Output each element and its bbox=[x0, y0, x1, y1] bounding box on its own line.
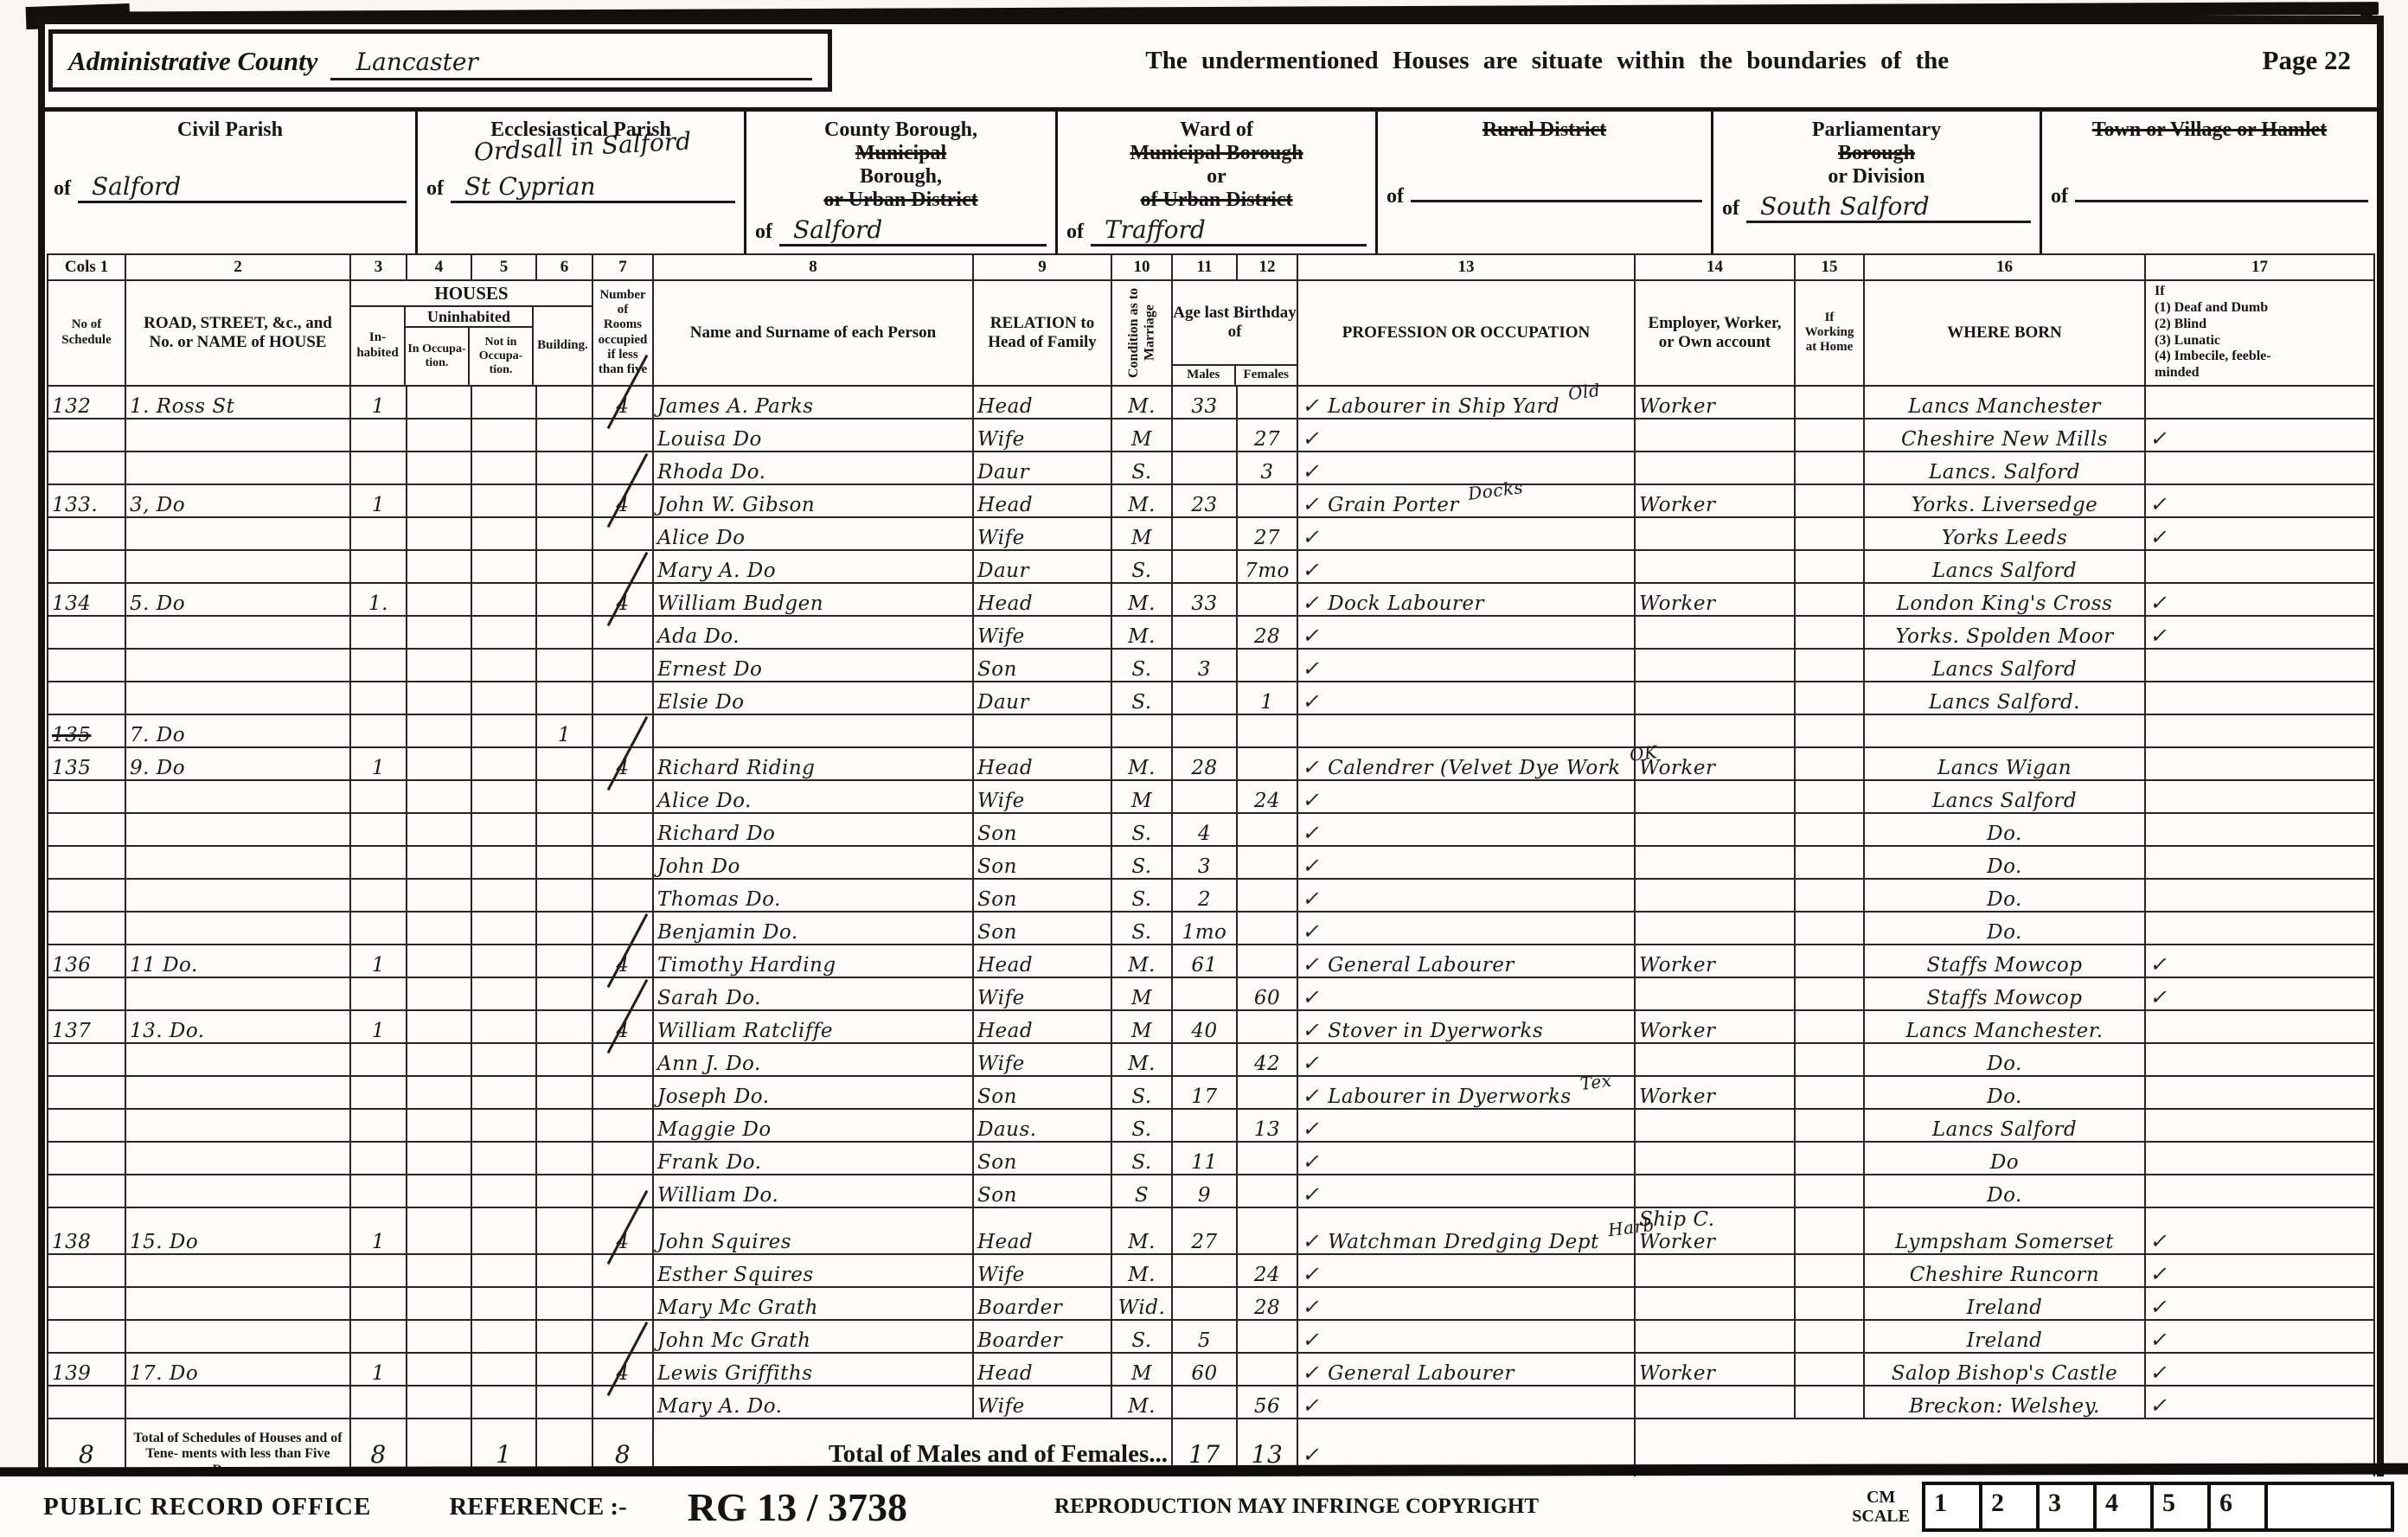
age-female-cell bbox=[1237, 1076, 1297, 1109]
building-cell bbox=[536, 747, 592, 780]
civil-parish-box: Civil ParishofSalford bbox=[45, 112, 415, 253]
in-occupation-cell bbox=[407, 550, 471, 583]
occupation-cell: ✓ bbox=[1297, 1320, 1635, 1353]
address-cell bbox=[125, 1076, 350, 1109]
relation-cell: Wife bbox=[973, 517, 1111, 550]
relation-cell: Head bbox=[973, 386, 1111, 419]
in-occupation-cell bbox=[407, 1386, 471, 1419]
occupation-cell: ✓ bbox=[1297, 780, 1635, 813]
where-born-cell: Yorks Leeds bbox=[1864, 517, 2145, 550]
infirmity-line: (1) Deaf and Dumb bbox=[2155, 300, 2370, 317]
label-segment: Rural District bbox=[1387, 118, 1702, 142]
employer-cell: Ship C. Worker bbox=[1635, 1207, 1795, 1254]
employer-cell bbox=[1635, 517, 1795, 550]
name-cell bbox=[653, 714, 973, 747]
label-segment: Civil Parish bbox=[54, 118, 407, 142]
working-at-home-cell bbox=[1795, 386, 1864, 419]
building-cell bbox=[536, 1142, 592, 1175]
inhabited-cell bbox=[350, 682, 407, 714]
town-box: Town or Village or Hamletof bbox=[2040, 112, 2377, 253]
rooms-cell bbox=[592, 1175, 653, 1207]
occupation-text: Stover in Dyerworks bbox=[1328, 1020, 1543, 1042]
inhabited-cell bbox=[350, 517, 407, 550]
building-cell bbox=[536, 1076, 592, 1109]
schedule-number-cell: 136 bbox=[48, 945, 125, 977]
working-at-home-cell bbox=[1795, 1010, 1864, 1043]
check-mark-icon: ✓ bbox=[1301, 985, 1323, 1009]
column-number: 3 bbox=[350, 254, 407, 280]
age-male-cell: 3 bbox=[1172, 649, 1237, 682]
age-female-cell bbox=[1237, 649, 1297, 682]
age-male-cell: 1mo bbox=[1172, 912, 1237, 945]
occupation-text: Watchman Dredging Dept bbox=[1328, 1231, 1599, 1253]
in-occupation-cell bbox=[407, 649, 471, 682]
district-of-line: of bbox=[2051, 172, 2368, 208]
occupation-cell: ✓ bbox=[1297, 517, 1635, 550]
of-label: of bbox=[2051, 185, 2068, 208]
where-born-cell: Staffs Mowcop bbox=[1864, 945, 2145, 977]
infirmity-cell: ✓ bbox=[2145, 1353, 2374, 1386]
not-in-occupation-cell bbox=[471, 1109, 536, 1142]
infirmity-cell bbox=[2145, 682, 2374, 714]
not-in-occupation-cell bbox=[471, 451, 536, 484]
name-cell: John Squires bbox=[653, 1207, 973, 1254]
address-cell bbox=[125, 977, 350, 1010]
employer-cell bbox=[1635, 451, 1795, 484]
ecclesiastical-parish-box: Ecclesiastical ParishOrdsall in Salfordo… bbox=[415, 112, 744, 253]
infirmity-line: If bbox=[2155, 284, 2370, 300]
rooms-cell bbox=[592, 682, 653, 714]
column-number: 10 bbox=[1111, 254, 1172, 280]
in-occupation-cell bbox=[407, 945, 471, 977]
name-cell: Benjamin Do. bbox=[653, 912, 973, 945]
census-scan-page: Administrative County Lancaster The unde… bbox=[0, 0, 2408, 1537]
relation-cell: Head bbox=[973, 484, 1111, 517]
not-in-occupation-cell bbox=[471, 780, 536, 813]
schedule-number-cell: 134 bbox=[48, 583, 125, 616]
name-cell: Ann J. Do. bbox=[653, 1043, 973, 1076]
check-mark-icon: ✓ bbox=[1301, 1229, 1323, 1253]
not-in-occupation-cell bbox=[471, 1043, 536, 1076]
employer-cell bbox=[1635, 846, 1795, 879]
check-mark-icon: ✓ bbox=[1301, 558, 1323, 582]
name-cell: Rhoda Do. bbox=[653, 451, 973, 484]
building-cell bbox=[536, 583, 592, 616]
rooms-cell: 4 bbox=[592, 1207, 653, 1254]
schedule-number-cell: 133. bbox=[48, 484, 125, 517]
age-male-cell bbox=[1172, 780, 1237, 813]
not-in-occupation-cell bbox=[471, 616, 536, 649]
infirmity-cell bbox=[2145, 1175, 2374, 1207]
rooms-cell bbox=[592, 649, 653, 682]
age-female-cell: 24 bbox=[1237, 1254, 1297, 1287]
employer-cell bbox=[1635, 1142, 1795, 1175]
where-born-cell: Lympsham Somerset bbox=[1864, 1207, 2145, 1254]
where-born-cell: Do. bbox=[1864, 846, 2145, 879]
inhabited-cell: 1 bbox=[350, 945, 407, 977]
schedule-number-cell bbox=[48, 879, 125, 912]
building-cell bbox=[536, 550, 592, 583]
age-female-cell: 56 bbox=[1237, 1386, 1297, 1419]
cm-scale-cell: 3 bbox=[2036, 1482, 2097, 1532]
rooms-cell bbox=[592, 419, 653, 451]
where-born-cell: Yorks. Spolden Moor bbox=[1864, 616, 2145, 649]
working-at-home-cell bbox=[1795, 1142, 1864, 1175]
column-number: 8 bbox=[653, 254, 973, 280]
schedule-number-cell bbox=[48, 550, 125, 583]
infirmity-cell bbox=[2145, 386, 2374, 419]
working-at-home-cell bbox=[1795, 714, 1864, 747]
cm-scale-cell: 1 bbox=[1922, 1482, 1982, 1532]
infirmity-cell: ✓ bbox=[2145, 1386, 2374, 1419]
of-label: of bbox=[1066, 221, 1084, 244]
header-home: If Working at Home bbox=[1795, 280, 1864, 386]
header-age: Age last Birthday of bbox=[1173, 281, 1297, 365]
condition-cell: M bbox=[1111, 780, 1172, 813]
condition-cell: M bbox=[1111, 419, 1172, 451]
condition-cell: M bbox=[1111, 1010, 1172, 1043]
column-number: Cols 1 bbox=[48, 254, 125, 280]
person-row: Alice Do.WifeM24✓Lancs Salford bbox=[48, 780, 2374, 813]
schedule-number-cell bbox=[48, 1175, 125, 1207]
age-male-cell: 33 bbox=[1172, 386, 1237, 419]
condition-cell: S. bbox=[1111, 649, 1172, 682]
check-mark-icon: ✓ bbox=[2149, 1393, 2171, 1418]
person-row: William Do.SonS9✓Do. bbox=[48, 1175, 2374, 1207]
age-female-cell: 1 bbox=[1237, 682, 1297, 714]
infirmity-cell bbox=[2145, 813, 2374, 846]
check-mark-icon: ✓ bbox=[2149, 1361, 2171, 1385]
relation-cell: Wife bbox=[973, 1043, 1111, 1076]
where-born-cell: Yorks. Liversedge bbox=[1864, 484, 2145, 517]
age-male-cell: 2 bbox=[1172, 879, 1237, 912]
name-cell: Richard Do bbox=[653, 813, 973, 846]
district-box-value: Salford bbox=[78, 172, 407, 203]
check-mark-icon: ✓ bbox=[1301, 1018, 1323, 1042]
inhabited-cell bbox=[350, 1287, 407, 1320]
employer-cell bbox=[1635, 1287, 1795, 1320]
infirmity-line: (4) Imbecile, feeble- bbox=[2155, 349, 2370, 365]
address-cell bbox=[125, 1142, 350, 1175]
condition-cell: S. bbox=[1111, 451, 1172, 484]
working-at-home-cell bbox=[1795, 616, 1864, 649]
check-mark-icon: ✓ bbox=[2149, 1295, 2171, 1319]
cm-scale-cell: 4 bbox=[2093, 1482, 2154, 1532]
age-male-cell bbox=[1172, 1109, 1237, 1142]
condition-cell: M bbox=[1111, 517, 1172, 550]
person-row: Mary A. DoDaurS.7mo✓Lancs Salford bbox=[48, 550, 2374, 583]
inhabited-cell bbox=[350, 912, 407, 945]
address-cell: 7. Do bbox=[125, 714, 350, 747]
not-in-occupation-cell bbox=[471, 714, 536, 747]
column-number: 14 bbox=[1635, 254, 1795, 280]
working-at-home-cell bbox=[1795, 912, 1864, 945]
building-cell bbox=[536, 484, 592, 517]
rooms-cell bbox=[592, 912, 653, 945]
inhabited-cell bbox=[350, 714, 407, 747]
working-at-home-cell bbox=[1795, 1207, 1864, 1254]
inhabited-cell bbox=[350, 780, 407, 813]
age-female-cell: 28 bbox=[1237, 1287, 1297, 1320]
district-box-label: Civil Parish bbox=[54, 117, 407, 169]
occupation-cell bbox=[1297, 714, 1635, 747]
condition-cell: M. bbox=[1111, 1386, 1172, 1419]
age-male-cell: 9 bbox=[1172, 1175, 1237, 1207]
not-in-occupation-cell bbox=[471, 386, 536, 419]
infirmity-cell bbox=[2145, 649, 2374, 682]
where-born-cell: Do bbox=[1864, 1142, 2145, 1175]
schedule-number-cell: 132 bbox=[48, 386, 125, 419]
building-cell bbox=[536, 1353, 592, 1386]
schedule-number-cell bbox=[48, 451, 125, 484]
schedule-number-cell: 135 bbox=[48, 747, 125, 780]
condition-cell: M. bbox=[1111, 583, 1172, 616]
where-born-cell: Ireland bbox=[1864, 1320, 2145, 1353]
address-cell: 15. Do bbox=[125, 1207, 350, 1254]
occupation-cell: ✓ bbox=[1297, 451, 1635, 484]
infirmity-cell: ✓ bbox=[2145, 583, 2374, 616]
occupation-cell: ✓Stover in Dyerworks bbox=[1297, 1010, 1635, 1043]
inhabited-cell bbox=[350, 846, 407, 879]
age-male-cell bbox=[1172, 1043, 1237, 1076]
age-female-cell: 13 bbox=[1237, 1109, 1297, 1142]
column-number: 11 bbox=[1172, 254, 1237, 280]
age-male-cell bbox=[1172, 1287, 1237, 1320]
address-cell bbox=[125, 912, 350, 945]
column-number: 9 bbox=[973, 254, 1111, 280]
schedule-number-cell bbox=[48, 1254, 125, 1287]
check-mark-icon: ✓ bbox=[2149, 591, 2171, 615]
form-header: Administrative County Lancaster The unde… bbox=[45, 24, 2377, 107]
occupation-cell: ✓ bbox=[1297, 649, 1635, 682]
header-not-in-occupation: Not in Occupa-tion. bbox=[470, 328, 532, 384]
label-segment: Borough bbox=[1722, 142, 2031, 165]
person-row: Mary Mc GrathBoarderWid.28✓Ireland✓ bbox=[48, 1287, 2374, 1320]
rooms-cell bbox=[592, 879, 653, 912]
header-name: Name and Surname of each Person bbox=[653, 280, 973, 386]
where-born-cell: Ireland bbox=[1864, 1287, 2145, 1320]
employer-cell bbox=[1635, 1320, 1795, 1353]
district-of-line: ofSalford bbox=[755, 215, 1047, 247]
age-male-cell: 40 bbox=[1172, 1010, 1237, 1043]
relation-cell: Daur bbox=[973, 550, 1111, 583]
district-box-value: St Cyprian bbox=[451, 172, 735, 203]
working-at-home-cell bbox=[1795, 1175, 1864, 1207]
relation-cell: Boarder bbox=[973, 1287, 1111, 1320]
column-number: 12 bbox=[1237, 254, 1297, 280]
district-box-label: Ward of Municipal Borough or of Urban Di… bbox=[1066, 117, 1367, 212]
check-mark-icon: ✓ bbox=[1301, 755, 1323, 779]
address-cell bbox=[125, 1320, 350, 1353]
name-cell: Alice Do. bbox=[653, 780, 973, 813]
check-mark-icon: ✓ bbox=[1301, 1443, 1323, 1467]
occupation-text: Calendrer (Velvet Dye Work bbox=[1328, 757, 1621, 779]
in-occupation-cell bbox=[407, 386, 471, 419]
address-cell bbox=[125, 550, 350, 583]
header-road: ROAD, STREET, &c., and No. or NAME of HO… bbox=[125, 280, 350, 386]
age-male-cell bbox=[1172, 517, 1237, 550]
where-born-cell: Lancs Wigan bbox=[1864, 747, 2145, 780]
label-segment: or Urban District bbox=[755, 189, 1047, 212]
infirmity-cell bbox=[2145, 1109, 2374, 1142]
employer-cell bbox=[1635, 714, 1795, 747]
employer-cell: Worker bbox=[1635, 386, 1795, 419]
building-cell bbox=[536, 682, 592, 714]
person-row: Frank Do.SonS.11✓Do bbox=[48, 1142, 2374, 1175]
not-in-occupation-cell bbox=[471, 517, 536, 550]
public-record-office-label: PUBLIC RECORD OFFICE bbox=[43, 1493, 371, 1521]
age-female-cell bbox=[1237, 1142, 1297, 1175]
occupation-text: General Labourer bbox=[1328, 1362, 1515, 1385]
check-mark-icon: ✓ bbox=[2149, 426, 2171, 451]
employer-cell bbox=[1635, 780, 1795, 813]
working-at-home-cell bbox=[1795, 1043, 1864, 1076]
rooms-cell bbox=[592, 1043, 653, 1076]
not-in-occupation-cell bbox=[471, 912, 536, 945]
schedule-number-cell bbox=[48, 1386, 125, 1419]
rooms-cell bbox=[592, 1386, 653, 1419]
parliamentary-box: Parliamentary Borough or DivisionofSouth… bbox=[1711, 112, 2040, 253]
employer-cell bbox=[1635, 912, 1795, 945]
in-occupation-cell bbox=[407, 1287, 471, 1320]
person-row: Alice DoWifeM27✓Yorks Leeds✓ bbox=[48, 517, 2374, 550]
not-in-occupation-cell bbox=[471, 1142, 536, 1175]
condition-cell: M. bbox=[1111, 616, 1172, 649]
age-male-cell: 27 bbox=[1172, 1207, 1237, 1254]
occupation-cell: ✓ bbox=[1297, 1109, 1635, 1142]
schedule-number-cell: 135 bbox=[48, 714, 125, 747]
age-male-cell bbox=[1172, 714, 1237, 747]
in-occupation-cell bbox=[407, 813, 471, 846]
condition-cell: S. bbox=[1111, 813, 1172, 846]
name-cell: Alice Do bbox=[653, 517, 973, 550]
in-occupation-cell bbox=[407, 879, 471, 912]
building-cell bbox=[536, 419, 592, 451]
inhabited-cell bbox=[350, 1386, 407, 1419]
where-born-cell: Lancs Salford bbox=[1864, 1109, 2145, 1142]
age-male-cell bbox=[1172, 616, 1237, 649]
in-occupation-cell bbox=[407, 419, 471, 451]
name-cell: James A. Parks bbox=[653, 386, 973, 419]
person-row: Ernest DoSonS.3✓Lancs Salford bbox=[48, 649, 2374, 682]
condition-cell: S. bbox=[1111, 1142, 1172, 1175]
condition-cell: S bbox=[1111, 1175, 1172, 1207]
district-box-value bbox=[1411, 172, 1702, 202]
header-rooms: Number of Rooms occupied if less than fi… bbox=[592, 280, 653, 386]
employer-cell bbox=[1635, 1109, 1795, 1142]
building-cell bbox=[536, 1010, 592, 1043]
label-segment: or Division bbox=[1722, 165, 2031, 189]
schedule-number-cell: 137 bbox=[48, 1010, 125, 1043]
age-male-cell: 33 bbox=[1172, 583, 1237, 616]
cm-scale-ruler: CM SCALE 123456 bbox=[1836, 1482, 2394, 1532]
age-female-cell: 60 bbox=[1237, 977, 1297, 1010]
address-cell: 9. Do bbox=[125, 747, 350, 780]
in-occupation-cell bbox=[407, 1353, 471, 1386]
schedule-number-cell bbox=[48, 1287, 125, 1320]
not-in-occupation-cell bbox=[471, 1254, 536, 1287]
occupation-cell: ✓ bbox=[1297, 1254, 1635, 1287]
inhabited-cell bbox=[350, 1320, 407, 1353]
building-cell bbox=[536, 616, 592, 649]
header-uninhabited: Uninhabited bbox=[406, 307, 532, 329]
working-at-home-cell bbox=[1795, 879, 1864, 912]
age-female-cell bbox=[1237, 747, 1297, 780]
infirmity-cell: ✓ bbox=[2145, 1254, 2374, 1287]
in-occupation-cell bbox=[407, 1010, 471, 1043]
age-female-cell bbox=[1237, 714, 1297, 747]
census-table: Cols 1234567891011121314151617 No of Sch… bbox=[47, 253, 2375, 1492]
in-occupation-cell bbox=[407, 714, 471, 747]
infirmity-cell: ✓ bbox=[2145, 419, 2374, 451]
condition-cell: Wid. bbox=[1111, 1287, 1172, 1320]
header-profession: PROFESSION OR OCCUPATION bbox=[1297, 280, 1635, 386]
occupation-cell: ✓ bbox=[1297, 550, 1635, 583]
header-building: Building. bbox=[534, 307, 592, 385]
rooms-cell bbox=[592, 517, 653, 550]
where-born-cell: Do. bbox=[1864, 813, 2145, 846]
inhabited-cell: 1 bbox=[350, 1353, 407, 1386]
occupation-cell: ✓General Labourer bbox=[1297, 1353, 1635, 1386]
not-in-occupation-cell bbox=[471, 879, 536, 912]
person-row: John Mc GrathBoarderS.5✓Ireland✓ bbox=[48, 1320, 2374, 1353]
inhabited-cell bbox=[350, 649, 407, 682]
working-at-home-cell bbox=[1795, 1353, 1864, 1386]
schedule-number-cell bbox=[48, 419, 125, 451]
address-cell bbox=[125, 1043, 350, 1076]
working-at-home-cell bbox=[1795, 780, 1864, 813]
relation-cell: Son bbox=[973, 649, 1111, 682]
where-born-cell: Do. bbox=[1864, 912, 2145, 945]
condition-cell: M. bbox=[1111, 945, 1172, 977]
infirmity-cell bbox=[2145, 846, 2374, 879]
check-mark-icon: ✓ bbox=[1301, 788, 1323, 812]
condition-cell: M. bbox=[1111, 747, 1172, 780]
where-born-cell: Cheshire Runcorn bbox=[1864, 1254, 2145, 1287]
occupation-cell: ✓General Labourer bbox=[1297, 945, 1635, 977]
working-at-home-cell bbox=[1795, 1287, 1864, 1320]
building-cell bbox=[536, 517, 592, 550]
employer-cell: Worker bbox=[1635, 1353, 1795, 1386]
age-female-cell: 27 bbox=[1237, 517, 1297, 550]
header-houses-group: HOUSES In-habited Uninhabited In Occupa-… bbox=[350, 280, 592, 386]
check-mark-icon: ✓ bbox=[1301, 1295, 1323, 1319]
age-female-cell: 42 bbox=[1237, 1043, 1297, 1076]
occupation-annotation: OK bbox=[1628, 741, 1658, 765]
not-in-occupation-cell bbox=[471, 550, 536, 583]
not-in-occupation-cell bbox=[471, 682, 536, 714]
condition-cell: S. bbox=[1111, 846, 1172, 879]
condition-cell: S. bbox=[1111, 550, 1172, 583]
not-in-occupation-cell bbox=[471, 1076, 536, 1109]
age-male-cell bbox=[1172, 451, 1237, 484]
rooms-cell bbox=[592, 1320, 653, 1353]
infirmity-cell bbox=[2145, 550, 2374, 583]
district-box-value: Trafford bbox=[1091, 215, 1367, 247]
relation-cell: Head bbox=[973, 1010, 1111, 1043]
where-born-cell: Lancs Salford bbox=[1864, 550, 2145, 583]
check-mark-icon: ✓ bbox=[1301, 1150, 1323, 1174]
where-born-cell: Cheshire New Mills bbox=[1864, 419, 2145, 451]
age-male-cell bbox=[1172, 419, 1237, 451]
in-occupation-cell bbox=[407, 912, 471, 945]
occupation-cell: ✓Calendrer (Velvet Dye WorkOK bbox=[1297, 747, 1635, 780]
label-segment: Municipal bbox=[755, 142, 1047, 165]
infirmity-cell: ✓ bbox=[2145, 1207, 2374, 1254]
cancelled-house-row: 1357. Do1 bbox=[48, 714, 2374, 747]
household-head-row: 1321. Ross St14James A. ParksHeadM.33✓La… bbox=[48, 386, 2374, 419]
name-cell: John Mc Grath bbox=[653, 1320, 973, 1353]
